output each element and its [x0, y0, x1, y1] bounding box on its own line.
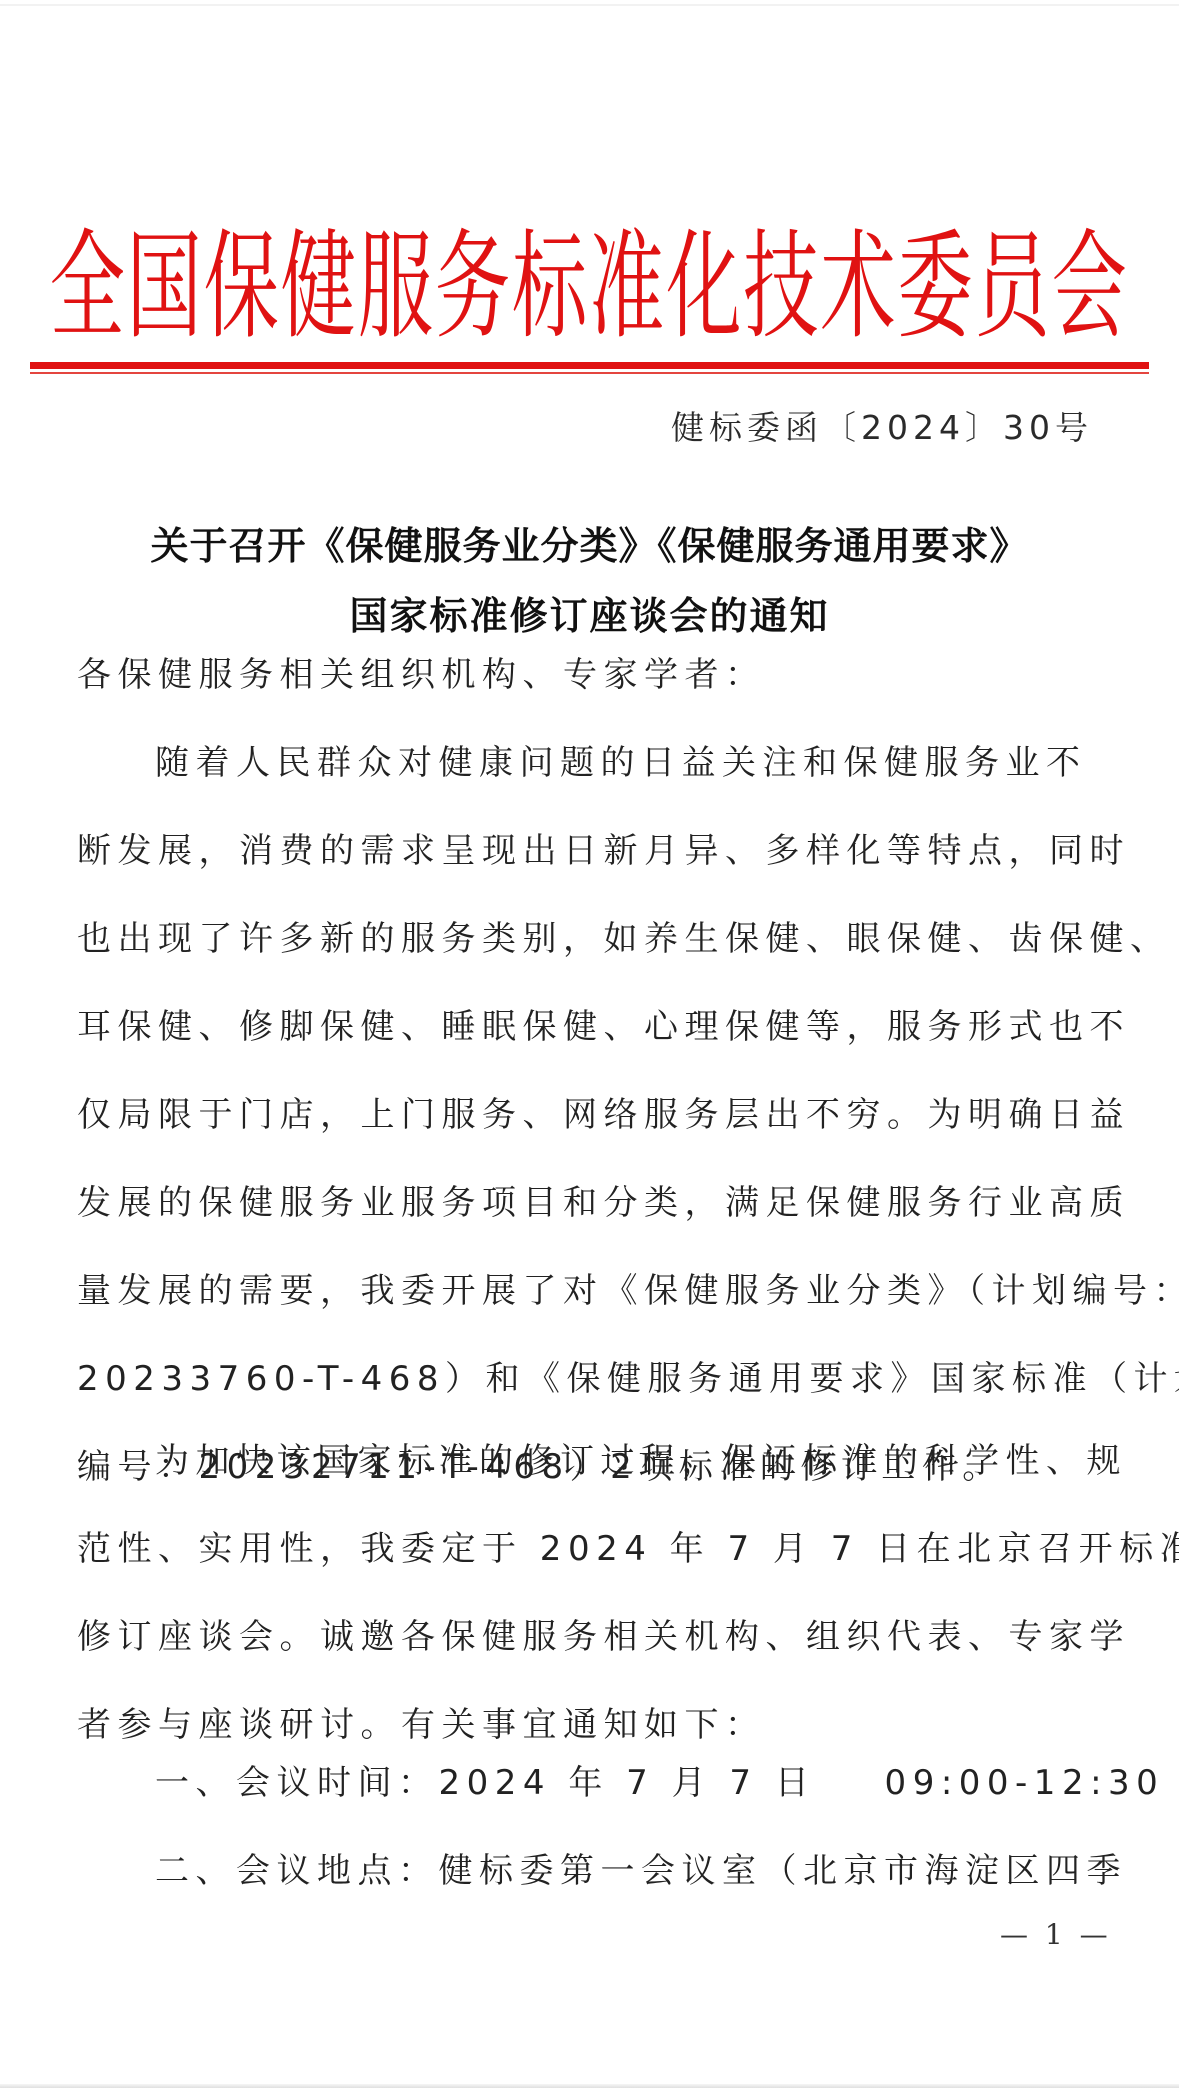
- masthead-rule-thick: [30, 362, 1149, 369]
- meeting-location-label: 二、会议地点：: [155, 1851, 439, 1891]
- meeting-location-item: 二、会议地点：健标委第一会议室（北京市海淀区四季: [155, 1843, 1179, 1892]
- body-line: 修订座谈会。诚邀各保健服务相关机构、组织代表、专家学: [77, 1609, 1117, 1658]
- meeting-location-value: 健标委第一会议室（北京市海淀区四季: [439, 1851, 1128, 1891]
- salutation: 各保健服务相关组织机构、专家学者：: [77, 647, 1117, 696]
- page-number: — 1 —: [1000, 1918, 1112, 1951]
- page-bottom-edge: [0, 2084, 1179, 2088]
- body-line: 为加快该国家标准的修订过程，保证标准的科学性、规: [155, 1433, 1179, 1482]
- masthead: 全国保健服务标准化技术委员会: [30, 212, 1148, 342]
- masthead-rule-thin: [30, 372, 1149, 374]
- body-line: 发展的保健服务业服务项目和分类，满足保健服务行业高质: [77, 1175, 1117, 1224]
- body-line: 断发展，消费的需求呈现出日新月异、多样化等特点，同时: [77, 823, 1117, 872]
- meeting-time-value: 2024 年 7 月 7 日 09:00-12:30: [439, 1763, 1165, 1803]
- document-title-line-1: 关于召开《保健服务业分类》《保健服务通用要求》: [0, 515, 1179, 570]
- body-line: 仅局限于门店，上门服务、网络服务层出不穷。为明确日益: [77, 1087, 1117, 1136]
- document-number: 健标委函〔2024〕30号: [671, 402, 1093, 449]
- body-line: 耳保健、修脚保健、睡眠保健、心理保健等，服务形式也不: [77, 999, 1117, 1048]
- body-line: 量发展的需要，我委开展了对《保健服务业分类》（计划编号：: [77, 1263, 1117, 1312]
- masthead-organization: 全国保健服务标准化技术委员会: [49, 193, 1128, 362]
- body-line: 随着人民群众对健康问题的日益关注和保健服务业不: [155, 735, 1179, 784]
- body-line: 范性、实用性，我委定于 2024 年 7 月 7 日在北京召开标准: [77, 1521, 1117, 1570]
- meeting-time-label: 一、会议时间：: [155, 1763, 439, 1803]
- body-line: 20233760-T-468）和《保健服务通用要求》国家标准（计划: [77, 1351, 1117, 1400]
- page-top-edge: [0, 4, 1179, 6]
- body-line: 也出现了许多新的服务类别，如养生保健、眼保健、齿保健、: [77, 911, 1117, 960]
- body-line: 者参与座谈研讨。有关事宜通知如下：: [77, 1697, 1117, 1746]
- document-title-line-2: 国家标准修订座谈会的通知: [0, 585, 1179, 640]
- meeting-time-item: 一、会议时间：2024 年 7 月 7 日 09:00-12:30: [155, 1755, 1179, 1804]
